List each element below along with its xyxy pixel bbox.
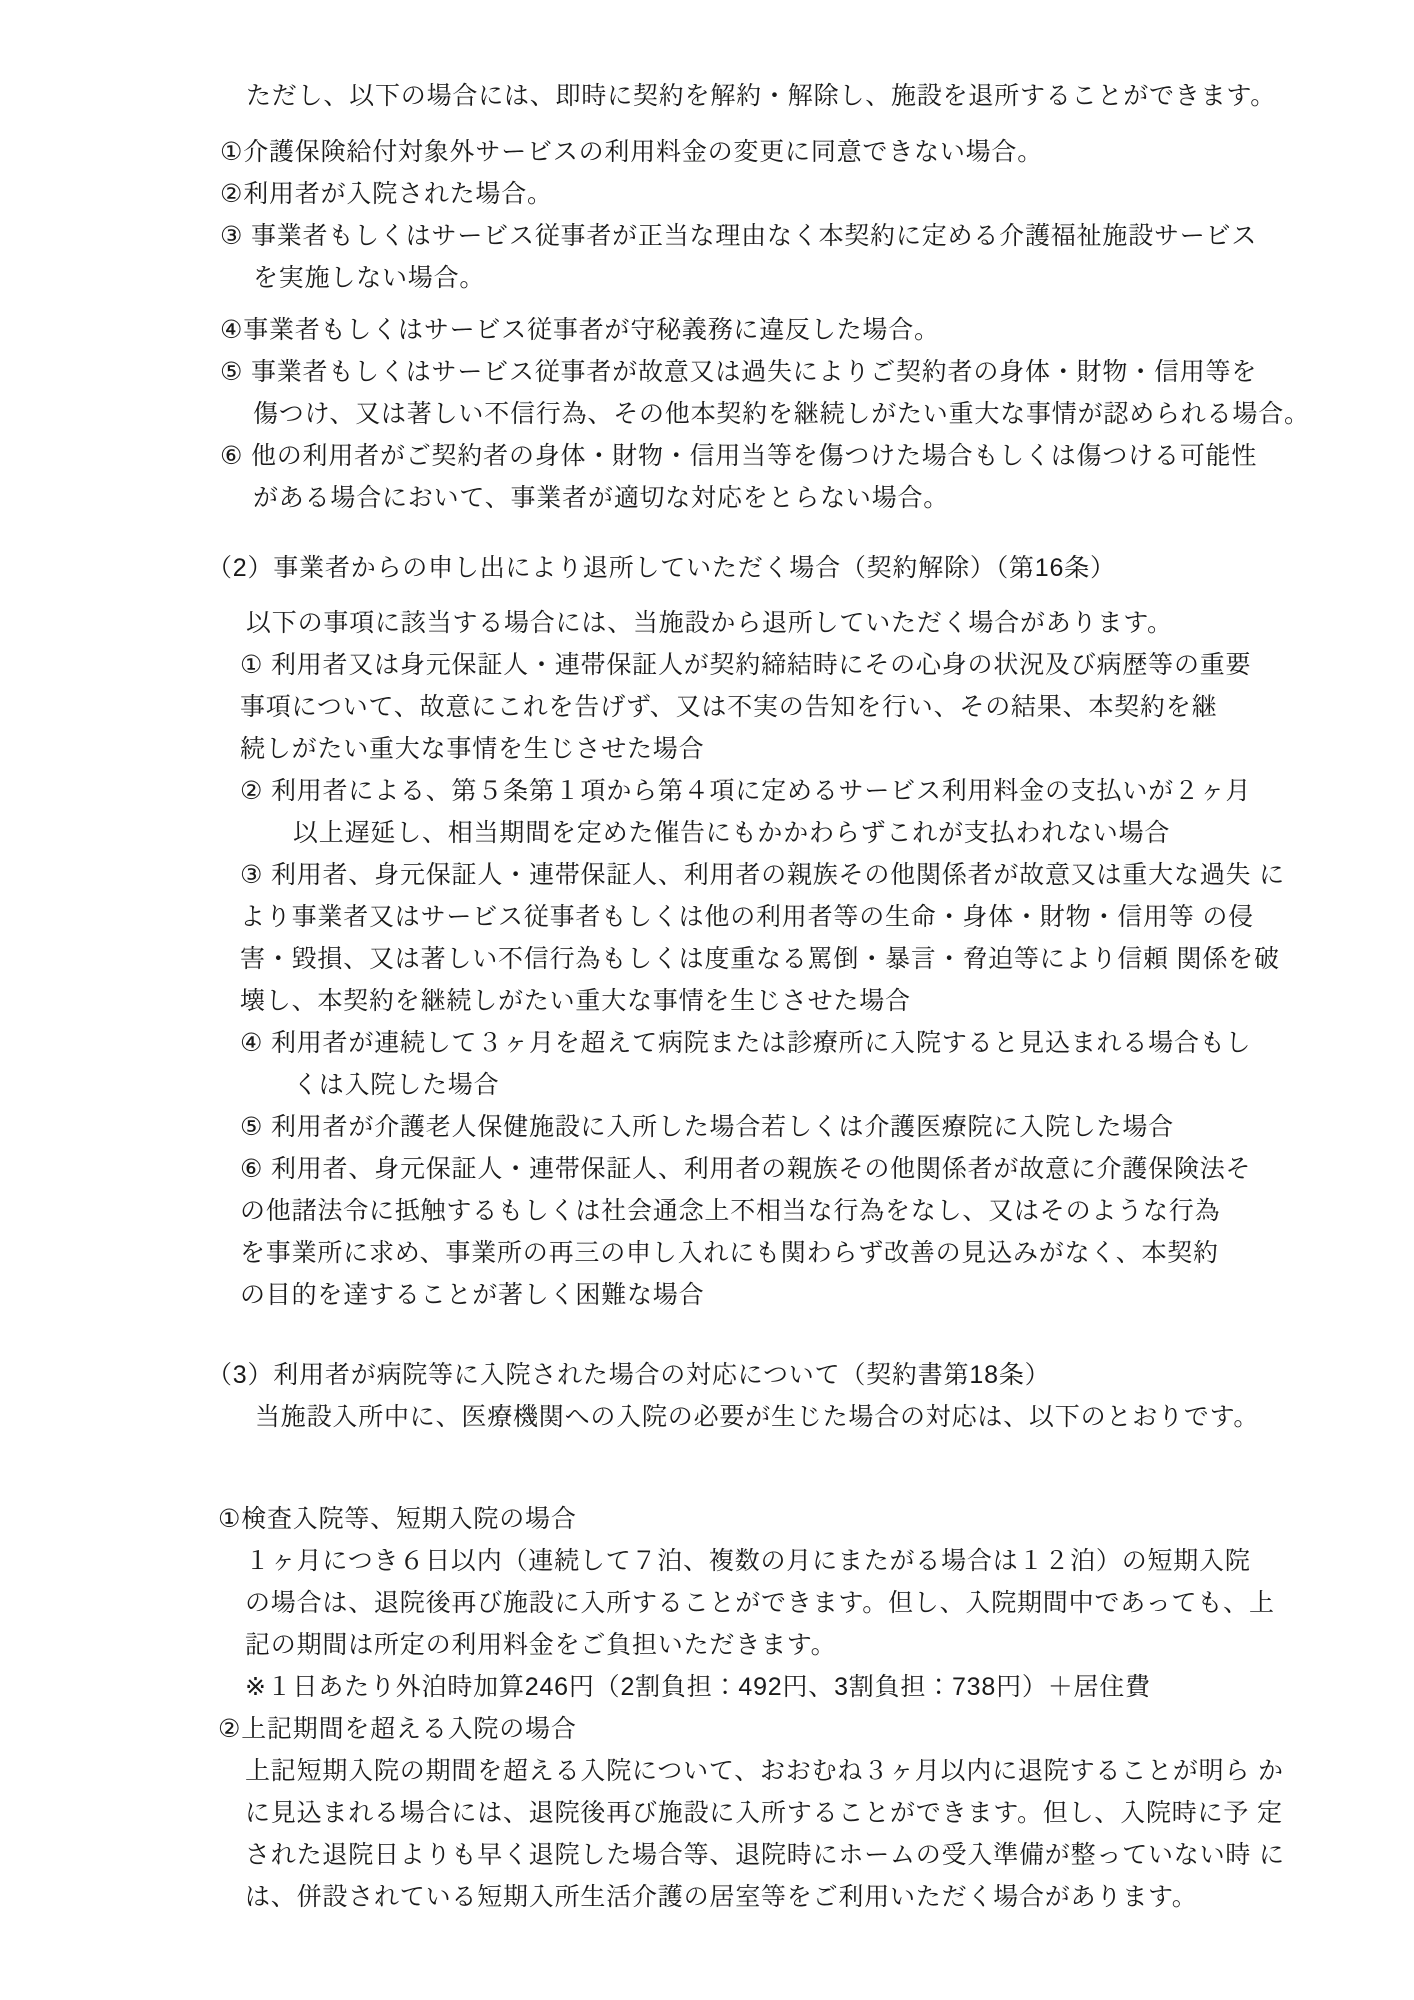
section2-intro: 以下の事項に該当する場合には、当施設から退所していただく場合があります。 <box>0 602 1414 644</box>
section2-item-3: ③ 利用者、身元保証人・連帯保証人、利用者の親族その他関係者が故意又は重大な過失… <box>0 854 1414 896</box>
section3-sub1-body: 記の期間は所定の利用料金をご負担いただきます。 <box>0 1624 1414 1666</box>
section2-item-2: ② 利用者による、第５条第１項から第４項に定めるサービス利用料金の支払いが２ヶ月 <box>0 770 1414 812</box>
section1-item-4: ④事業者もしくはサービス従事者が守秘義務に違反した場合。 <box>0 309 1414 351</box>
section2-item-3-cont: より事業者又はサービス従事者もしくは他の利用者等の生命・身体・財物・信用等 の侵 <box>0 896 1414 938</box>
section1-item-5-cont: 傷つけ、又は著しい不信行為、その他本契約を継続しがたい重大な事情が認められる場合… <box>0 393 1414 435</box>
section3-sub2-body: に見込まれる場合には、退院後再び施設に入所することができます。但し、入院時に予 … <box>0 1792 1414 1834</box>
section3-sub1-note: ※１日あたり外泊時加算246円（2割負担：492円、3割負担：738円）＋居住費 <box>0 1666 1414 1708</box>
section1-item-2: ②利用者が入院された場合。 <box>0 173 1414 215</box>
section2-item-4-cont: くは入院した場合 <box>0 1064 1414 1106</box>
section3-sub1-body: の場合は、退院後再び施設に入所することができます。但し、入院期間中であっても、上 <box>0 1582 1414 1624</box>
section1-item-5: ⑤ 事業者もしくはサービス従事者が故意又は過失によりご契約者の身体・財物・信用等… <box>0 351 1414 393</box>
section2-item-5: ⑤ 利用者が介護老人保健施設に入所した場合若しくは介護医療院に入院した場合 <box>0 1106 1414 1148</box>
section3-sub2-body: された退院日よりも早く退院した場合等、退院時にホームの受入準備が整っていない時 … <box>0 1834 1414 1876</box>
section2-item-1: ① 利用者又は身元保証人・連帯保証人が契約締結時にその心身の状況及び病歴等の重要 <box>0 644 1414 686</box>
section2-item-1-cont: 事項について、故意にこれを告げず、又は不実の告知を行い、その結果、本契約を継 <box>0 686 1414 728</box>
document-page: ただし、以下の場合には、即時に契約を解約・解除し、施設を退所することができます。… <box>0 0 1414 2000</box>
section2-item-3-cont: 害・毀損、又は著しい不信行為もしくは度重なる罵倒・暴言・脅迫等により信頼 関係を… <box>0 938 1414 980</box>
section3-heading: （3）利用者が病院等に入院された場合の対応について（契約書第18条） <box>0 1354 1414 1396</box>
section2-item-1-cont: 続しがたい重大な事情を生じさせた場合 <box>0 728 1414 770</box>
section2-item-4: ④ 利用者が連続して３ヶ月を超えて病院または診療所に入院すると見込まれる場合もし <box>0 1022 1414 1064</box>
section2-item-6-cont: を事業所に求め、事業所の再三の申し入れにも関わらず改善の見込みがなく、本契約 <box>0 1232 1414 1274</box>
section3-sub2-body: 上記短期入院の期間を超える入院について、おおむね３ヶ月以内に退院することが明ら … <box>0 1750 1414 1792</box>
section2-item-2-cont: 以上遅延し、相当期間を定めた催告にもかかわらずこれが支払われない場合 <box>0 812 1414 854</box>
section3-sub2-heading: ②上記期間を超える入院の場合 <box>0 1708 1414 1750</box>
section1-intro: ただし、以下の場合には、即時に契約を解約・解除し、施設を退所することができます。 <box>0 75 1414 117</box>
section3-sub2-body: は、併設されている短期入所生活介護の居室等をご利用いただく場合があります。 <box>0 1876 1414 1918</box>
section2-item-3-cont: 壊し、本契約を継続しがたい重大な事情を生じさせた場合 <box>0 980 1414 1022</box>
section1-item-3: ③ 事業者もしくはサービス従事者が正当な理由なく本契約に定める介護福祉施設サービ… <box>0 215 1414 257</box>
section3-sub1-body: １ヶ月につき６日以内（連続して７泊、複数の月にまたがる場合は１２泊）の短期入院 <box>0 1540 1414 1582</box>
section3-intro: 当施設入所中に、医療機関への入院の必要が生じた場合の対応は、以下のとおりです。 <box>0 1396 1414 1438</box>
section2-item-6-cont: の目的を達することが著しく困難な場合 <box>0 1274 1414 1316</box>
section1-item-6: ⑥ 他の利用者がご契約者の身体・財物・信用当等を傷つけた場合もしくは傷つける可能… <box>0 435 1414 477</box>
section2-item-6-cont: の他諸法令に抵触するもしくは社会通念上不相当な行為をなし、又はそのような行為 <box>0 1190 1414 1232</box>
section2-heading: （2）事業者からの申し出により退所していただく場合（契約解除）（第16条） <box>0 547 1414 589</box>
section1-item-1: ①介護保険給付対象外サービスの利用料金の変更に同意できない場合。 <box>0 131 1414 173</box>
section1-item-3-cont: を実施しない場合。 <box>0 257 1414 299</box>
section1-item-6-cont: がある場合において、事業者が適切な対応をとらない場合。 <box>0 477 1414 519</box>
section3-sub1-heading: ①検査入院等、短期入院の場合 <box>0 1498 1414 1540</box>
section2-item-6: ⑥ 利用者、身元保証人・連帯保証人、利用者の親族その他関係者が故意に介護保険法そ <box>0 1148 1414 1190</box>
